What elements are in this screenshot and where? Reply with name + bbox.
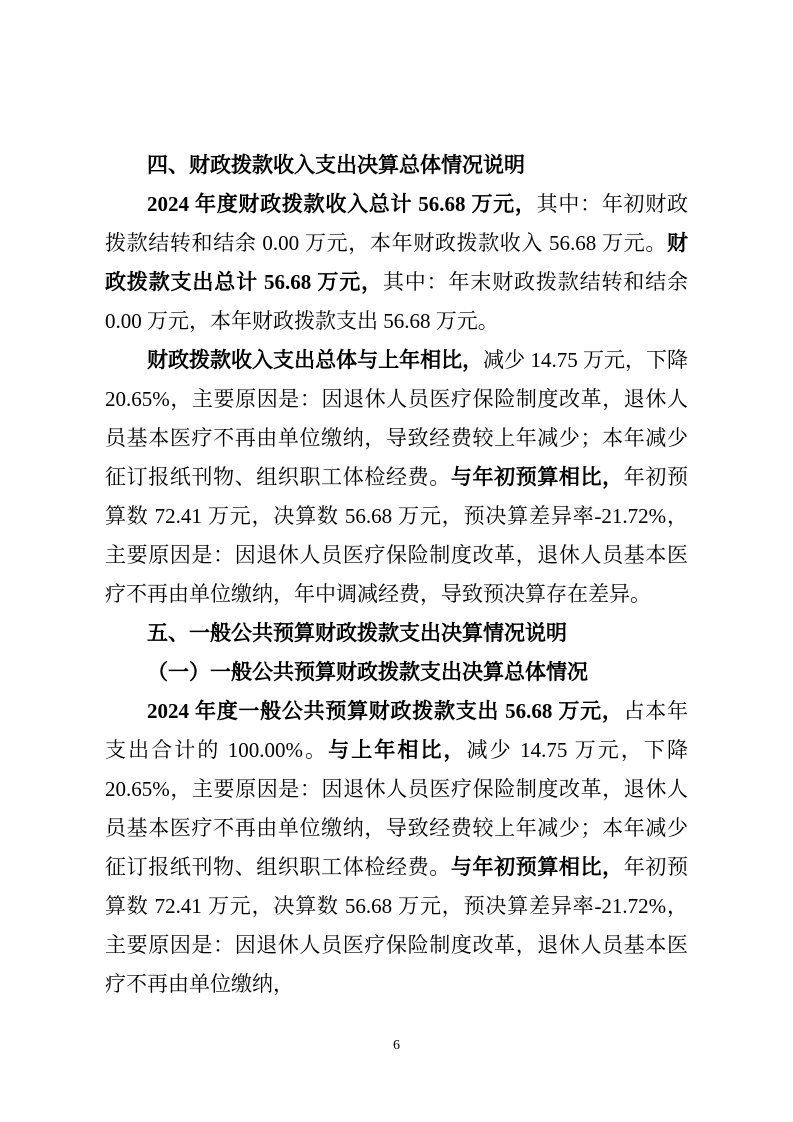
- paragraph-fiscal-totals: 2024 年度财政拨款收入总计 56.68 万元，其中：年初财政拨款结转和结余 …: [105, 185, 688, 341]
- page-number: 6: [0, 1038, 793, 1054]
- paragraph-general-budget-expenditure: 2024 年度一般公共预算财政拨款支出 56.68 万元，占本年支出合计的 10…: [105, 692, 688, 1004]
- text-segment-emphasis: 2024 年度一般公共预算财政拨款支出 56.68 万元，: [147, 699, 624, 723]
- section-heading-5: 五、一般公共预算财政拨款支出决算情况说明: [105, 614, 688, 653]
- text-segment-emphasis: 财政拨款收入支出总体与上年相比，: [147, 348, 483, 372]
- document-content: 四、财政拨款收入支出决算总体情况说明2024 年度财政拨款收入总计 56.68 …: [105, 146, 688, 1004]
- text-segment-emphasis: 与年初预算相比，: [451, 465, 624, 489]
- text-segment-emphasis: 与上年相比，: [328, 738, 466, 762]
- text-segment-emphasis: 与年初预算相比，: [451, 855, 624, 879]
- paragraph-fiscal-comparison: 财政拨款收入支出总体与上年相比，减少 14.75 万元，下降 20.65%，主要…: [105, 341, 688, 614]
- text-segment-emphasis: 2024 年度财政拨款收入总计 56.68 万元，: [147, 192, 537, 216]
- subsection-heading-5-1: （一）一般公共预算财政拨款支出决算总体情况: [105, 653, 688, 692]
- document-page: 四、财政拨款收入支出决算总体情况说明2024 年度财政拨款收入总计 56.68 …: [0, 0, 793, 1122]
- section-heading-4: 四、财政拨款收入支出决算总体情况说明: [105, 146, 688, 185]
